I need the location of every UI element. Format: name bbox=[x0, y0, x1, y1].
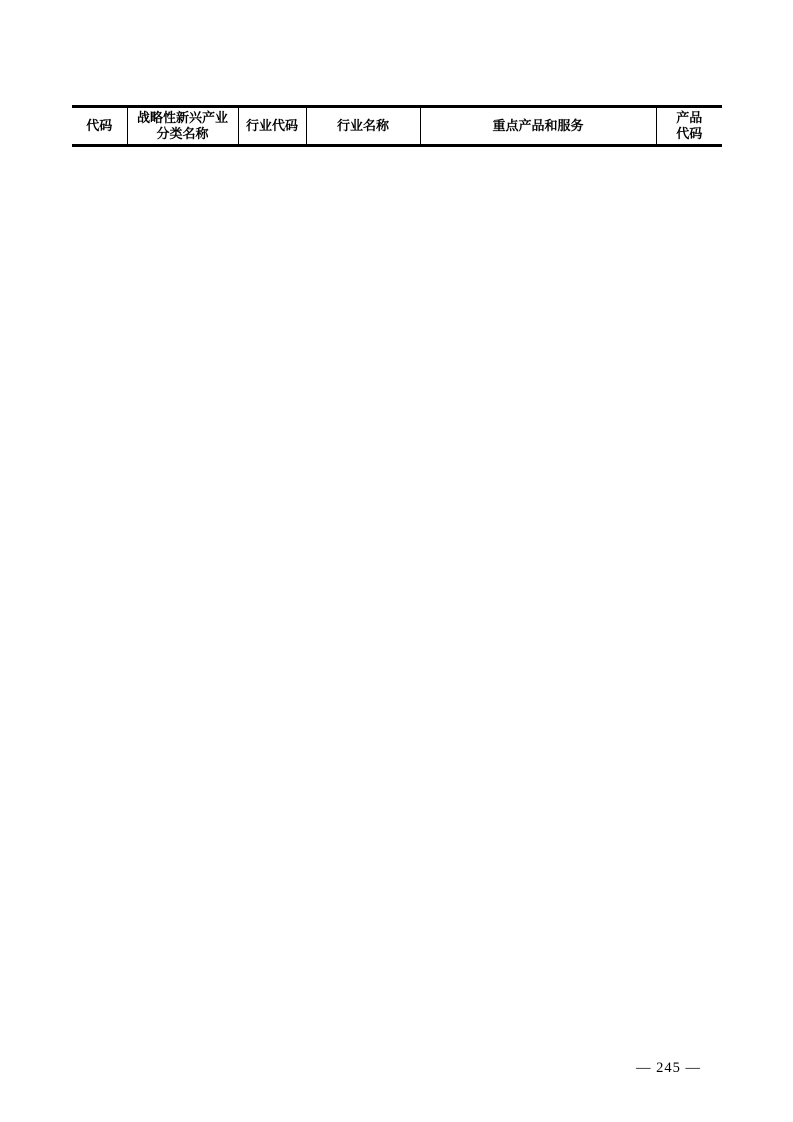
table-header-row: 代码战略性新兴产业 分类名称行业代码行业名称重点产品和服务产品 代码 bbox=[72, 107, 722, 146]
col-header-product-code: 产品 代码 bbox=[656, 107, 722, 146]
col-header-industry-name: 行业名称 bbox=[306, 107, 420, 146]
col-header-category-name: 战略性新兴产业 分类名称 bbox=[127, 107, 238, 146]
page-number: — 245 — bbox=[636, 1060, 701, 1077]
col-header-products: 重点产品和服务 bbox=[420, 107, 656, 146]
col-header-industry-code: 行业代码 bbox=[238, 107, 306, 146]
classification-table: 代码战略性新兴产业 分类名称行业代码行业名称重点产品和服务产品 代码 bbox=[72, 105, 722, 147]
col-header-code: 代码 bbox=[72, 107, 127, 146]
document-page: 代码战略性新兴产业 分类名称行业代码行业名称重点产品和服务产品 代码 — 245… bbox=[0, 0, 793, 1122]
table-header: 代码战略性新兴产业 分类名称行业代码行业名称重点产品和服务产品 代码 bbox=[72, 107, 722, 146]
